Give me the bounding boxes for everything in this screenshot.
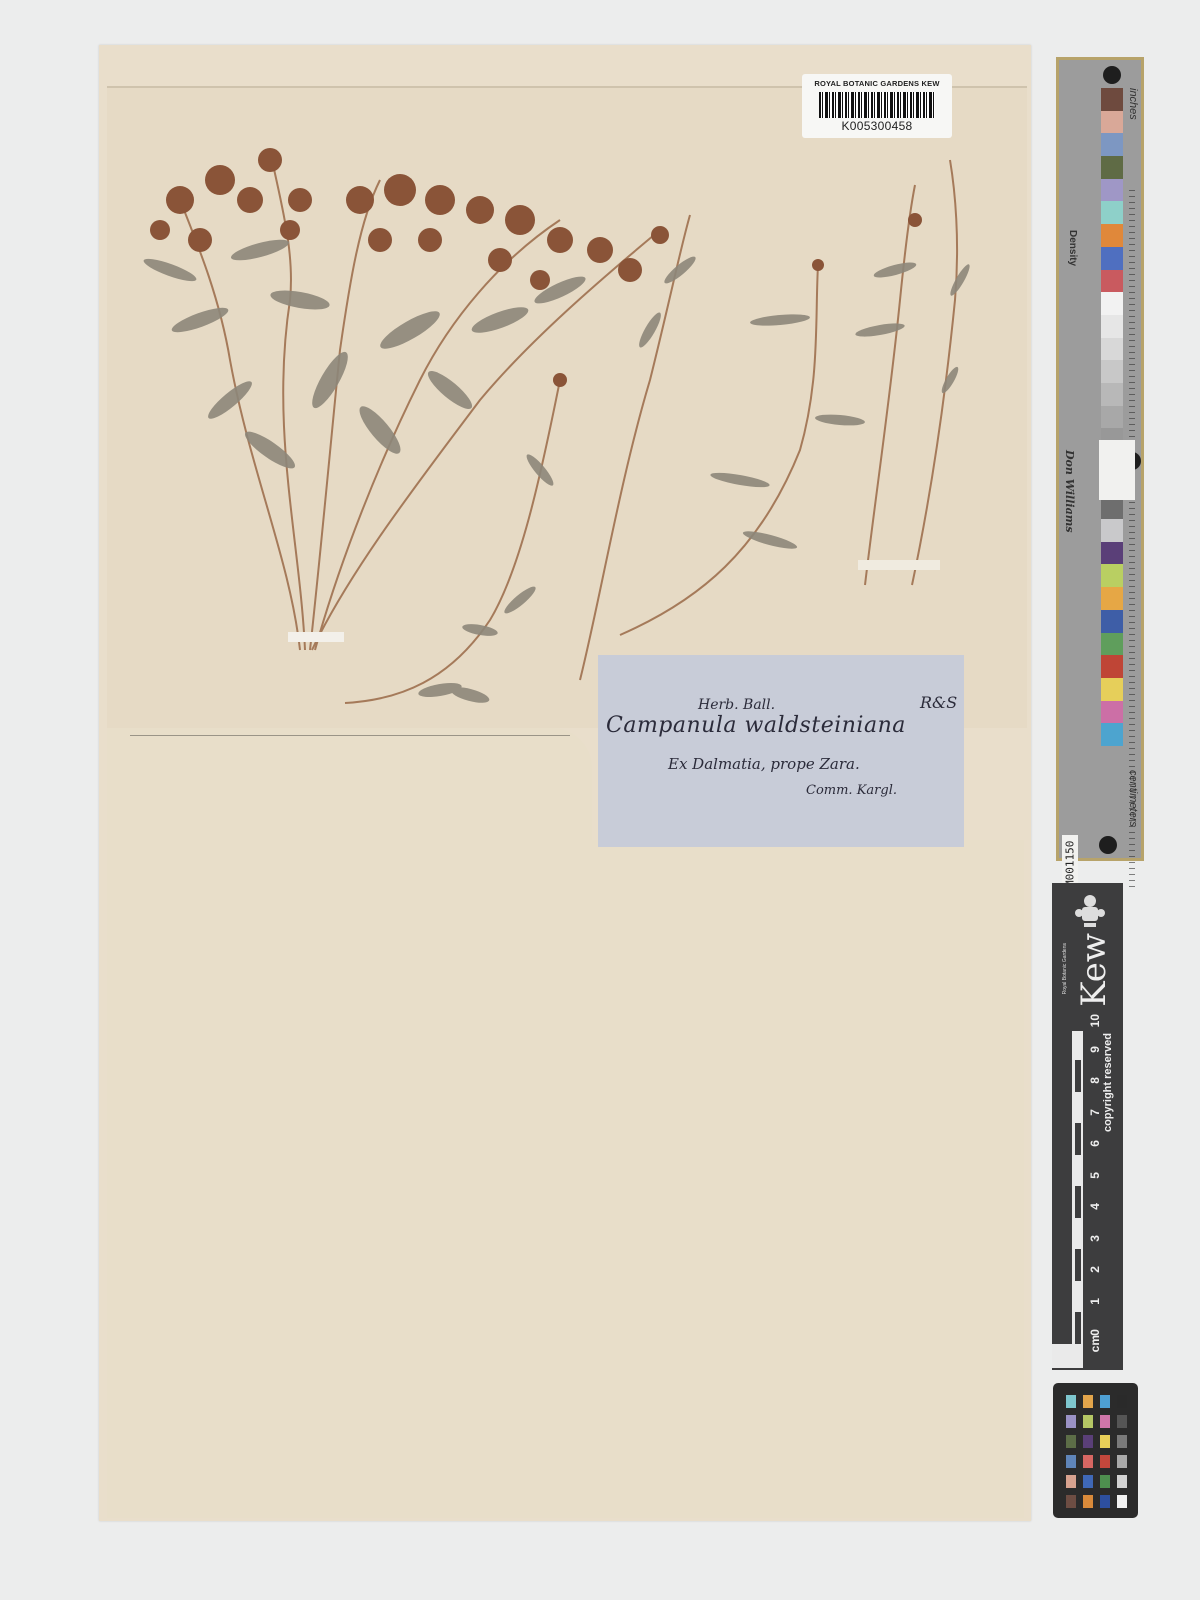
ruler-segment <box>1052 1029 1072 1061</box>
strip-brand: Don Williams <box>1063 450 1076 533</box>
ruler-segment <box>1052 1218 1072 1250</box>
checker-swatch <box>1117 1415 1127 1428</box>
colour-patch <box>1101 633 1123 656</box>
punch-hole-icon <box>1103 66 1121 84</box>
ruler-number: 1 <box>1088 1298 1102 1305</box>
checker-swatch <box>1100 1455 1110 1468</box>
cm-unit-label: cm <box>1088 1335 1102 1352</box>
ruler-number: 8 <box>1088 1077 1102 1084</box>
colour-calibration-strip: inches centimeters Density Don Williams … <box>1056 57 1144 861</box>
colour-patch <box>1101 338 1123 361</box>
ruler-number: 10 <box>1088 1014 1102 1027</box>
checker-swatch <box>1100 1495 1110 1508</box>
barcode-number: K005300458 <box>802 119 952 133</box>
ruler-number: 4 <box>1088 1203 1102 1210</box>
ruler-segment <box>1052 1155 1072 1187</box>
colour-patch <box>1101 542 1123 565</box>
colour-patch <box>1101 133 1123 156</box>
folder-flap <box>107 728 592 1518</box>
colour-patch <box>1101 678 1123 701</box>
locality: Ex Dalmatia, prope Zara. <box>668 755 860 773</box>
colour-patch <box>1101 519 1123 542</box>
pencil-line <box>130 735 570 736</box>
checker-swatch <box>1117 1475 1127 1488</box>
kew-logo: Kew <box>1074 933 1114 1007</box>
ruler-segment <box>1052 1092 1072 1124</box>
resolution-target <box>1099 440 1135 500</box>
ruler-segment <box>1052 1060 1072 1092</box>
folder-lower <box>592 840 1024 1518</box>
checker-swatch <box>1083 1435 1093 1448</box>
ruler-segment <box>1052 1186 1072 1218</box>
checker-swatch <box>1117 1455 1127 1468</box>
checker-swatch <box>1066 1495 1076 1508</box>
colour-patch <box>1101 315 1123 338</box>
herbarium-source: Herb. Ball. <box>698 697 775 713</box>
colour-patch <box>1101 701 1123 724</box>
checker-swatch <box>1100 1435 1110 1448</box>
ruler-segment <box>1075 1249 1081 1281</box>
colour-checker-card <box>1053 1383 1138 1518</box>
colour-patch <box>1101 610 1123 633</box>
centimeters-label: centimeters <box>1127 770 1139 827</box>
colour-patch <box>1101 88 1123 111</box>
collector: Comm. Kargl. <box>806 783 897 798</box>
ruler-number: 3 <box>1088 1235 1102 1242</box>
taxon-name: Campanula waldsteiniana <box>606 713 906 738</box>
ruler-segment <box>1075 1312 1081 1344</box>
checker-swatch <box>1100 1475 1110 1488</box>
ruler-number: 7 <box>1088 1109 1102 1116</box>
checker-swatch <box>1083 1415 1093 1428</box>
checker-swatch <box>1066 1475 1076 1488</box>
barcode-icon <box>819 92 935 118</box>
colour-patch <box>1101 292 1123 315</box>
checker-swatch <box>1066 1435 1076 1448</box>
copyright-notice: copyright reserved <box>1102 1033 1114 1132</box>
ruler-segment <box>1075 1186 1081 1218</box>
colour-patch <box>1101 270 1123 293</box>
ruler-segment <box>1075 1123 1081 1155</box>
colour-patch <box>1101 723 1123 746</box>
checker-swatch <box>1083 1395 1093 1408</box>
colour-patch <box>1101 406 1123 429</box>
ruler-number: 2 <box>1088 1266 1102 1273</box>
colour-patch <box>1101 383 1123 406</box>
kew-scale-ruler: Kew Royal Botanic Gardens copyright rese… <box>1052 883 1123 1370</box>
colour-patch <box>1101 247 1123 270</box>
ruler-number: 5 <box>1088 1172 1102 1179</box>
checker-swatch <box>1117 1495 1127 1508</box>
checker-swatch <box>1083 1455 1093 1468</box>
checker-swatch <box>1083 1475 1093 1488</box>
checker-swatch <box>1066 1415 1076 1428</box>
ruler-segment <box>1052 1249 1072 1281</box>
colour-patches <box>1101 88 1123 746</box>
annotation-mark: R&S <box>920 693 957 712</box>
colour-patch <box>1101 564 1123 587</box>
colour-patch <box>1101 360 1123 383</box>
barcode-label: ROYAL BOTANIC GARDENS KEW K005300458 <box>802 74 952 138</box>
checker-swatch <box>1100 1395 1110 1408</box>
punch-hole-icon <box>1099 836 1117 854</box>
ruler-number: 9 <box>1088 1046 1102 1053</box>
institution-name: ROYAL BOTANIC GARDENS KEW <box>802 79 952 88</box>
kew-crest-icon <box>1074 891 1106 933</box>
ruler-segment <box>1052 1312 1072 1344</box>
colour-patch <box>1101 224 1123 247</box>
ruler-segment <box>1052 1281 1072 1313</box>
inches-label: inches <box>1127 88 1139 120</box>
checker-swatch <box>1117 1435 1127 1448</box>
colour-patch <box>1101 156 1123 179</box>
determination-label: Herb. Ball. R&S Campanula waldsteiniana … <box>598 655 964 847</box>
checker-swatch <box>1066 1455 1076 1468</box>
checker-swatch <box>1066 1395 1076 1408</box>
checker-swatch <box>1100 1415 1110 1428</box>
colour-patch <box>1101 587 1123 610</box>
ruler-number: 6 <box>1088 1140 1102 1147</box>
checker-swatch <box>1083 1495 1093 1508</box>
density-label: Density <box>1067 230 1078 266</box>
kew-logo-subtitle: Royal Botanic Gardens <box>1062 943 1068 994</box>
colour-patch <box>1101 655 1123 678</box>
colour-patch <box>1101 111 1123 134</box>
ruler-segment <box>1075 1060 1081 1092</box>
checker-swatch <box>1117 1395 1127 1408</box>
colour-patch <box>1101 201 1123 224</box>
ruler-segment <box>1052 1123 1072 1155</box>
colour-patch <box>1101 179 1123 202</box>
